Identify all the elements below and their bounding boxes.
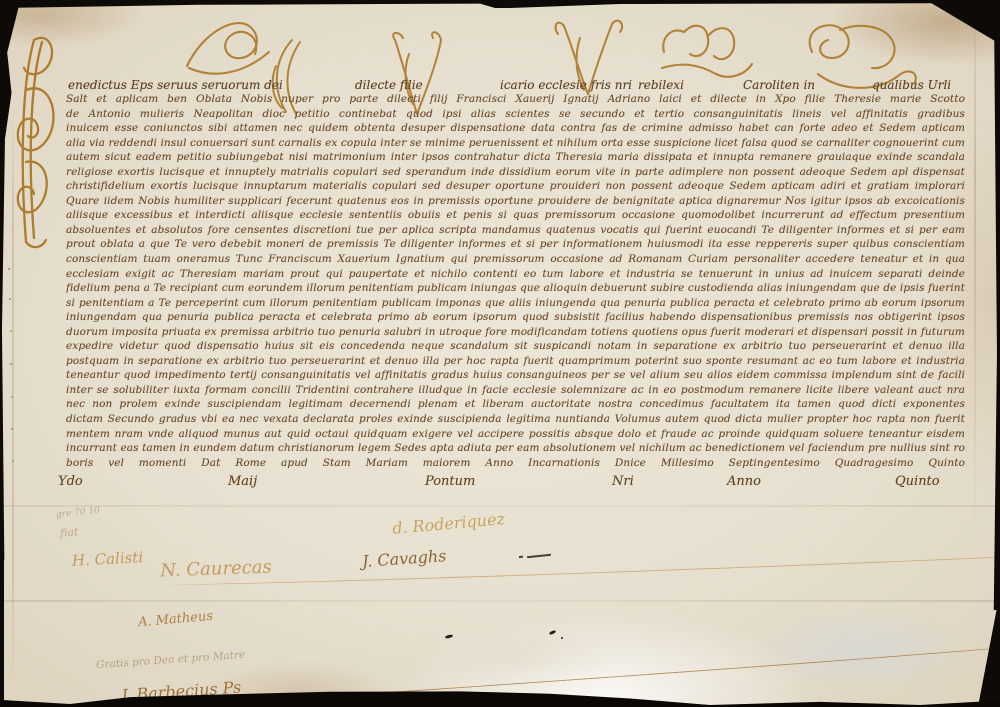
text-line: incurrant eas tamen in eundem datum chri… <box>66 441 965 456</box>
date-word: Quinto <box>895 474 940 489</box>
text-line: teneantur quod impedimento tertij consan… <box>66 368 965 383</box>
text-line: mentem nram vnde aliquod munus aut quid … <box>66 427 965 442</box>
text-line: autem sicut eadem petitio subiungebat ni… <box>66 150 965 165</box>
text-line: christifidelium exortis lucisque innupta… <box>66 179 965 194</box>
date-word: Pontum <box>425 474 475 489</box>
text-line: fidelium pena a Te recipiant cum eorunde… <box>66 281 965 296</box>
text-line: Salt et aplicam ben Oblata Nobis nuper p… <box>66 92 965 107</box>
date-word: Anno <box>727 474 761 489</box>
text-line: absoluentes et absolutos fore censentes … <box>66 223 965 238</box>
text-line: boris vel momenti Dat Rome apud Stam Mar… <box>66 456 965 471</box>
opening-segment: qualibus Urli <box>872 78 951 92</box>
scan-edge-left-lower <box>0 550 4 707</box>
faint-annotation: fiat <box>60 525 79 539</box>
ink-speck <box>561 637 563 639</box>
text-line: postquam in separatione ex arbitrio tuo … <box>66 354 965 369</box>
text-line: de Antonio mulieris Neapolitan dioc peti… <box>66 107 965 122</box>
opening-segment: Caroliten in <box>743 78 815 92</box>
opening-segment: rebilexi <box>638 78 684 92</box>
opening-segment: enedictus Eps seruus seruorum dei <box>68 78 283 92</box>
text-line: duorum imposita priuata ex premissa arbi… <box>66 325 965 340</box>
manuscript-scan: enedictus Eps seruus seruorum dei dilect… <box>0 0 1000 707</box>
text-line: si penitentiam a Te perceperint cum illo… <box>66 296 965 311</box>
opening-segment: icario ecclesie fris nri <box>500 78 632 92</box>
date-word: Nri <box>612 474 634 489</box>
date-word: Ydo <box>58 474 83 489</box>
date-word: Maij <box>228 474 257 489</box>
body-text: Salt et aplicam ben Oblata Nobis nuper p… <box>66 92 965 470</box>
text-line: nec non prolem exinde suscipiendam legit… <box>66 397 965 412</box>
date-line: Ydo Maij Pontum Nri Anno Quinto <box>0 474 1000 492</box>
calligraphic-initial-B-icon <box>8 32 58 250</box>
text-line: Quare iidem Nobis humiliter supplicari f… <box>66 194 965 209</box>
text-line: iniungendam qua penuria publica peracta … <box>66 310 965 325</box>
text-line: inter se solubiliter iuxta formam concil… <box>66 383 965 398</box>
text-line: aliisque excessibus et interdicti aliisq… <box>66 208 965 223</box>
text-line: expedire videtur quod dispensatio huius … <box>66 339 965 354</box>
text-line: alia via reddendi insul conuersari sunt … <box>66 136 965 151</box>
text-line: religiose exortis lucisque et innuptely … <box>66 165 965 180</box>
text-line: inuicem esse coniunctos sibi attamen nec… <box>66 121 965 136</box>
opening-segment: dilecte filie <box>355 78 423 92</box>
stitch-dots <box>8 268 10 270</box>
text-line: dictam Secundo gradus vbi ea nec vexata … <box>66 412 965 427</box>
text-line: conscientiam tuam oneramus Tunc Francisc… <box>66 252 965 267</box>
signature-left-1: H. Calisti <box>72 548 144 570</box>
text-line: prout oblata a que Te vero debebit moner… <box>66 237 965 252</box>
text-line: ecclesiam exigit ac Theresiam mariam pro… <box>66 267 965 282</box>
